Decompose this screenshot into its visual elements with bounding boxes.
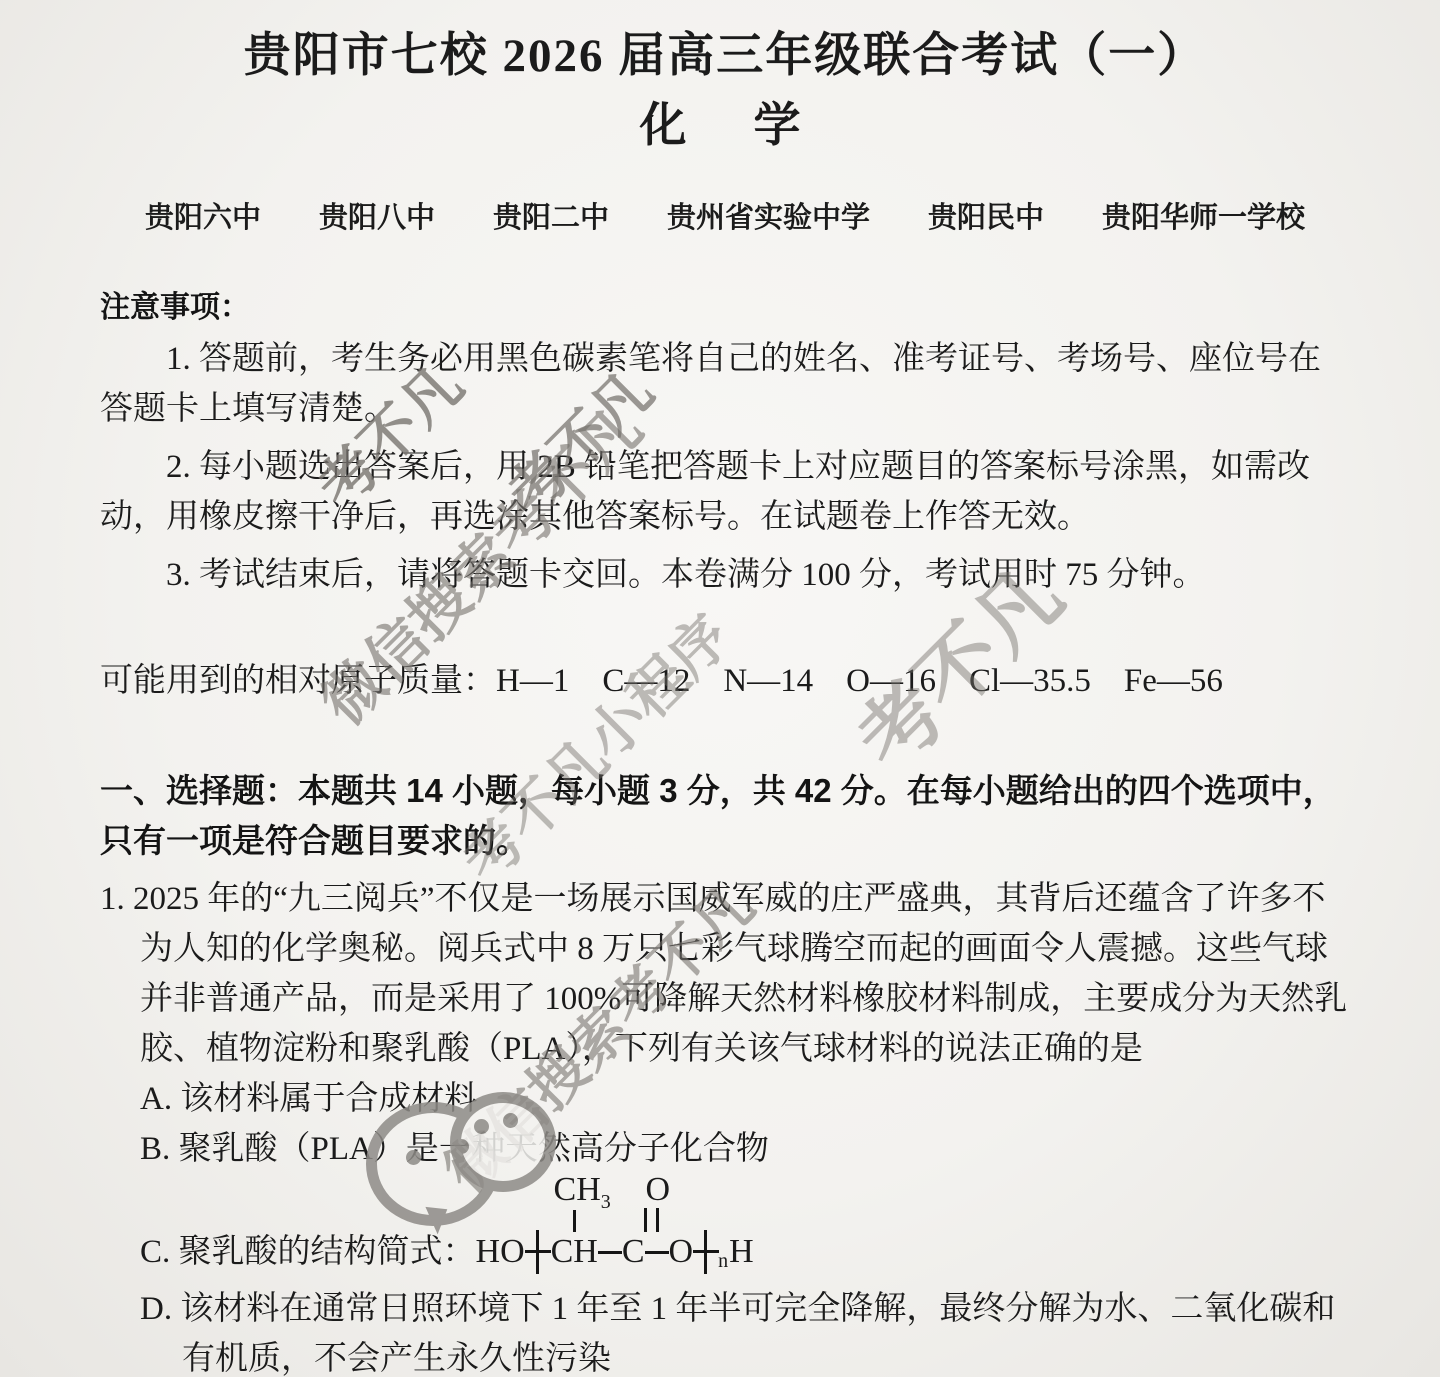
formula-ch3-group: CH3 bbox=[554, 1174, 611, 1218]
question-1-stem: 1. 2025 年的“九三阅兵”不仅是一场展示国威军威的庄严盛典，其背后还蕴含了… bbox=[100, 874, 1350, 1074]
bond-line bbox=[645, 1251, 669, 1254]
notice-item-3: 3. 考试结束后，请将答题卡交回。本卷满分 100 分，考试用时 75 分钟。 bbox=[100, 550, 1350, 600]
page-content: 贵阳市七校 2026 届高三年级联合考试（一） 化 学 贵阳六中 贵阳八中 贵阳… bbox=[0, 28, 1440, 1377]
formula-h: H bbox=[729, 1230, 754, 1274]
formula-ch3-base: CH bbox=[554, 1171, 601, 1208]
formula-carbonyl-oxygen: O bbox=[646, 1174, 671, 1206]
notice-heading: 注意事项： bbox=[100, 290, 1350, 326]
question-1-option-d: D. 该材料在通常日照环境下 1 年至 1 年半可完全降解，最终分解为水、二氧化… bbox=[140, 1284, 1350, 1377]
formula-n-subscript: n bbox=[718, 1248, 728, 1274]
pla-structural-formula: CH3 O HO CH C O n H bbox=[476, 1174, 816, 1274]
question-1-option-a: A. 该材料属于合成材料 bbox=[140, 1074, 1350, 1124]
formula-main-chain: HO CH C O n H bbox=[476, 1230, 754, 1274]
atomic-mass-line: 可能用到的相对原子质量：H—1 C—12 N—14 O—16 Cl—35.5 F… bbox=[100, 656, 1350, 706]
double-bond-line bbox=[644, 1208, 659, 1232]
question-1-option-c: C. 聚乳酸的结构简式： CH3 O HO CH C O n H bbox=[140, 1174, 1350, 1274]
subject-title: 化 学 bbox=[100, 98, 1350, 154]
polymer-close-bracket bbox=[693, 1230, 719, 1274]
formula-ho: HO bbox=[476, 1230, 525, 1274]
polymer-open-bracket bbox=[525, 1230, 551, 1274]
formula-ch3-subscript: 3 bbox=[601, 1191, 611, 1213]
atomic-mass-values: H—1 C—12 N—14 O—16 Cl—35.5 Fe—56 bbox=[496, 663, 1223, 699]
page-title: 贵阳市七校 2026 届高三年级联合考试（一） bbox=[100, 28, 1350, 84]
notice-item-2: 2. 每小题选出答案后，用 2B 铅笔把答题卡上对应题目的答案标号涂黑，如需改动… bbox=[100, 442, 1350, 542]
formula-o: O bbox=[669, 1230, 694, 1274]
exam-paper-page: 贵阳市七校 2026 届高三年级联合考试（一） 化 学 贵阳六中 贵阳八中 贵阳… bbox=[0, 0, 1440, 1377]
notice-item-1: 1. 答题前，考生务必用黑色碳素笔将自己的姓名、准考证号、考场号、座位号在答题卡… bbox=[100, 334, 1350, 434]
atomic-mass-label: 可能用到的相对原子质量： bbox=[100, 663, 496, 699]
formula-ch: CH bbox=[551, 1230, 598, 1274]
schools-line: 贵阳六中 贵阳八中 贵阳二中 贵州省实验中学 贵阳民中 贵阳华师一学校 bbox=[100, 200, 1350, 236]
section-one-heading: 一、选择题：本题共 14 小题，每小题 3 分，共 42 分。在每小题给出的四个… bbox=[100, 766, 1350, 866]
question-1-option-b: B. 聚乳酸（PLA）是一种天然高分子化合物 bbox=[140, 1124, 1350, 1174]
bond-line bbox=[598, 1251, 622, 1254]
single-bond-line bbox=[573, 1210, 576, 1232]
option-c-label: C. 聚乳酸的结构简式： bbox=[140, 1230, 476, 1274]
formula-c: C bbox=[622, 1230, 645, 1274]
